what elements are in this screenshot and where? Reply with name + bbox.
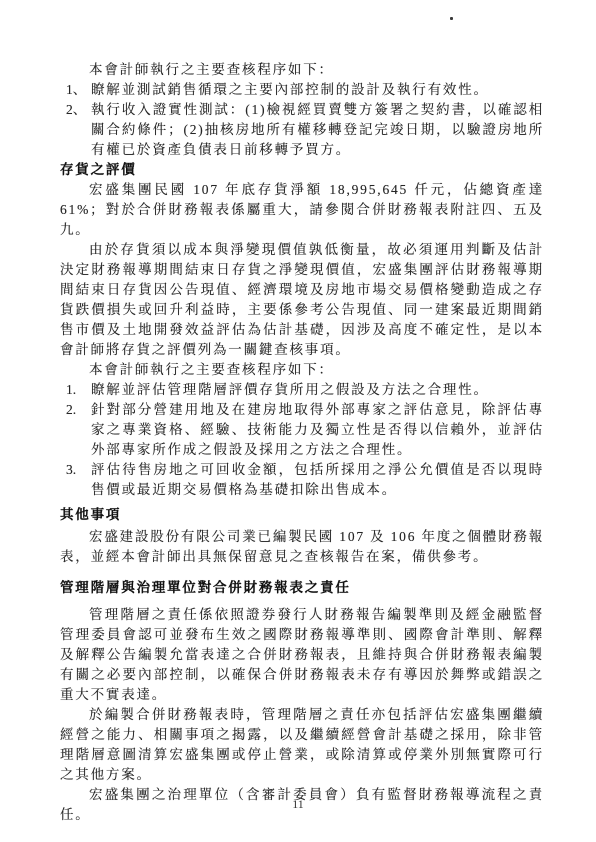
management-responsibility-paragraph-2: 於編製合併財務報表時，管理階層之責任亦包括評估宏盛集團繼續經營之能力、相關事項之… [60, 705, 544, 785]
other-matters-paragraph: 宏盛建設股份有限公司業已編製民國 107 及 106 年度之個體財務報表，並經本… [60, 527, 544, 567]
inventory-amount-paragraph: 宏盛集團民國 107 年底存貨淨額 18,995,645 仟元，佔總資產達 61… [60, 180, 544, 240]
scanned-document-page: 本會計師執行之主要查核程序如下： 1、 瞭解並測試銷售循環之主要內部控制的設計及… [0, 0, 596, 842]
audit-procedures-intro-paragraph: 本會計師執行之主要查核程序如下： [60, 60, 544, 80]
inventory-key-audit-matter-paragraph: 由於存貨須以成本與淨變現價值孰低衡量，故必須運用判斷及估計決定財務報導期間結束日… [60, 240, 544, 360]
list-item-text: 瞭解並評估管理階層評價存貨所用之假設及方法之合理性。 [91, 380, 544, 400]
list-marker: 2. [60, 400, 91, 460]
page-number: 11 [0, 797, 596, 812]
management-responsibility-paragraph-1: 管理階層之責任係依照證券發行人財務報告編製準則及經金融監督管理委員會認可並發布生… [60, 605, 544, 705]
list-item-text: 執行收入證實性測試：(1)檢視經買賣雙方簽署之契約書，以確認相關合約條件；(2)… [91, 100, 544, 160]
list-marker: 3. [60, 460, 91, 500]
list-marker: 1、 [60, 80, 91, 100]
scan-artifact-dot [450, 17, 453, 20]
revenue-procedure-item-2: 2、 執行收入證實性測試：(1)檢視經買賣雙方簽署之契約書，以確認相關合約條件；… [60, 100, 544, 160]
inventory-procedure-item-1: 1. 瞭解並評估管理階層評價存貨所用之假設及方法之合理性。 [60, 380, 544, 400]
section-heading-other-matters: 其他事項 [60, 505, 544, 525]
section-heading-inventory-valuation: 存貨之評價 [60, 160, 544, 180]
revenue-procedure-item-1: 1、 瞭解並測試銷售循環之主要內部控制的設計及執行有效性。 [60, 80, 544, 100]
list-item-text: 針對部分營建用地及在建房地取得外部專家之評估意見，除評估專家之專業資格、經驗、技… [91, 400, 544, 460]
list-item-text: 瞭解並測試銷售循環之主要內部控制的設計及執行有效性。 [91, 80, 544, 100]
list-marker: 1. [60, 380, 91, 400]
section-heading-management-responsibility: 管理階層與治理單位對合併財務報表之責任 [60, 578, 544, 598]
inventory-procedure-item-3: 3. 評估待售房地之可回收金額，包括所採用之淨公允價值是否以現時售價或最近期交易… [60, 460, 544, 500]
document-body: 本會計師執行之主要查核程序如下： 1、 瞭解並測試銷售循環之主要內部控制的設計及… [60, 60, 544, 825]
list-marker: 2、 [60, 100, 91, 160]
inventory-procedures-intro-paragraph: 本會計師執行之主要查核程序如下： [60, 360, 544, 380]
inventory-procedure-item-2: 2. 針對部分營建用地及在建房地取得外部專家之評估意見，除評估專家之專業資格、經… [60, 400, 544, 460]
list-item-text: 評估待售房地之可回收金額，包括所採用之淨公允價值是否以現時售價或最近期交易價格為… [91, 460, 544, 500]
